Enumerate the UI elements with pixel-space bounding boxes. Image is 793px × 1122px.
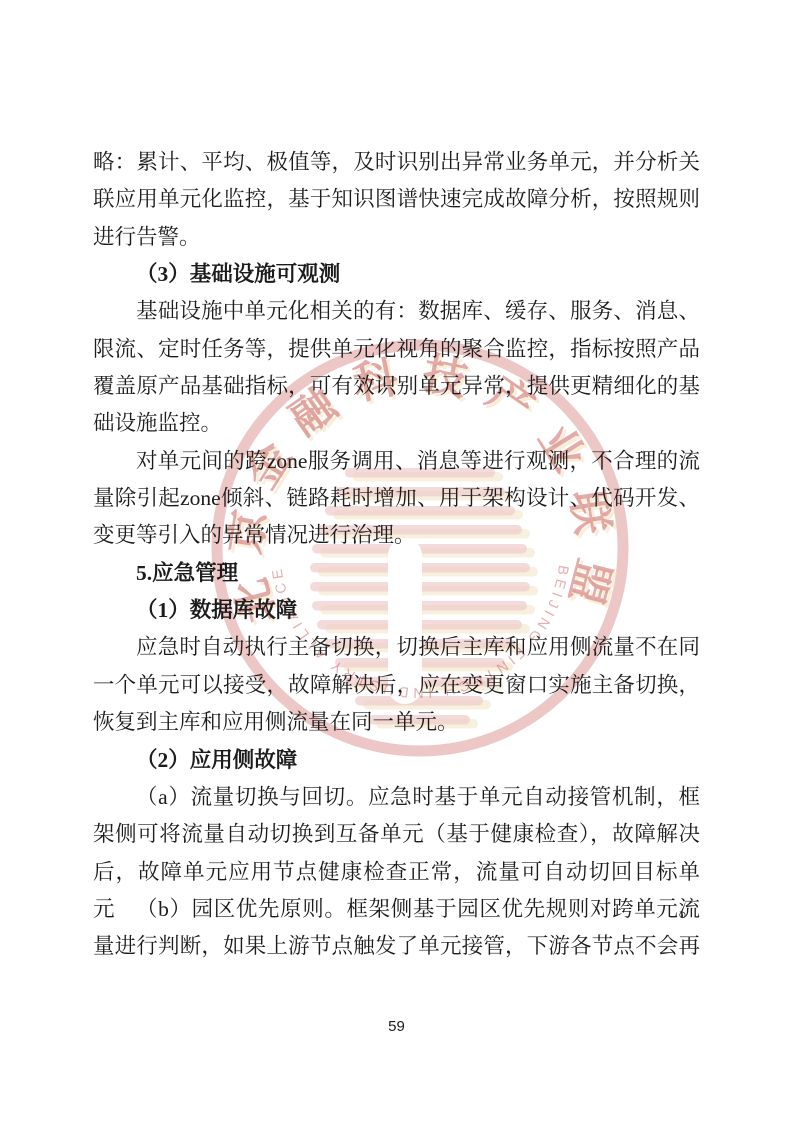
text-line: （a）流量切换与回切。应急时基于单元自动接管机制，框 [93, 779, 700, 816]
page-number: 59 [0, 1018, 793, 1035]
section-heading: （2）应用侧故障 [93, 742, 700, 779]
text-line: 应急时自动执行主备切换，切换后主库和应用侧流量不在同 [93, 629, 700, 666]
text-line: 联应用单元化监控，基于知识图谱快速完成故障分析，按照规则 [93, 181, 700, 218]
text-line: 恢复到主库和应用侧流量在同一单元。 [93, 704, 700, 741]
text-line: 覆盖原产品基础指标，可有效识别单元异常，提供更精细化的基 [93, 368, 700, 405]
text-line: 基础设施中单元化相关的有：数据库、缓存、服务、消息、 [93, 293, 700, 330]
section-heading: （3）基础设施可观测 [93, 256, 700, 293]
text-line: 础设施监控。 [93, 405, 700, 442]
document-body: 略：累计、平均、极值等，及时识别出异常业务单元，并分析关 联应用单元化监控，基于… [93, 144, 700, 966]
section-heading: 5.应急管理 [93, 555, 700, 592]
text-line: 量进行判断，如果上游节点触发了单元接管，下游各节点不会再 [93, 928, 700, 965]
text-line: 变更等引入的异常情况进行治理。 [93, 517, 700, 554]
text-line: 对单元间的跨zone服务调用、消息等进行观测，不合理的流 [93, 443, 700, 480]
document-page: 北京金融科技产业联盟 北京金融科技产业联盟 BEIJING FINTECH IN… [0, 0, 793, 1122]
text-line: 后，故障单元应用节点健康检查正常，流量可自动切回目标单元。 [93, 854, 700, 891]
text-line: 限流、定时任务等，提供单元化视角的聚合监控，指标按照产品 [93, 331, 700, 368]
text-line: 进行告警。 [93, 219, 700, 256]
text-line: 略：累计、平均、极值等，及时识别出异常业务单元，并分析关 [93, 144, 700, 181]
text-line: 一个单元可以接受，故障解决后，应在变更窗口实施主备切换， [93, 667, 700, 704]
text-line: 架侧可将流量自动切换到互备单元（基于健康检查），故障解决 [93, 816, 700, 853]
text-line: （b）园区优先原则。框架侧基于园区优先规则对跨单元流 [93, 891, 700, 928]
section-heading: （1）数据库故障 [93, 592, 700, 629]
text-line: 量除引起zone倾斜、链路耗时增加、用于架构设计、代码开发、 [93, 480, 700, 517]
